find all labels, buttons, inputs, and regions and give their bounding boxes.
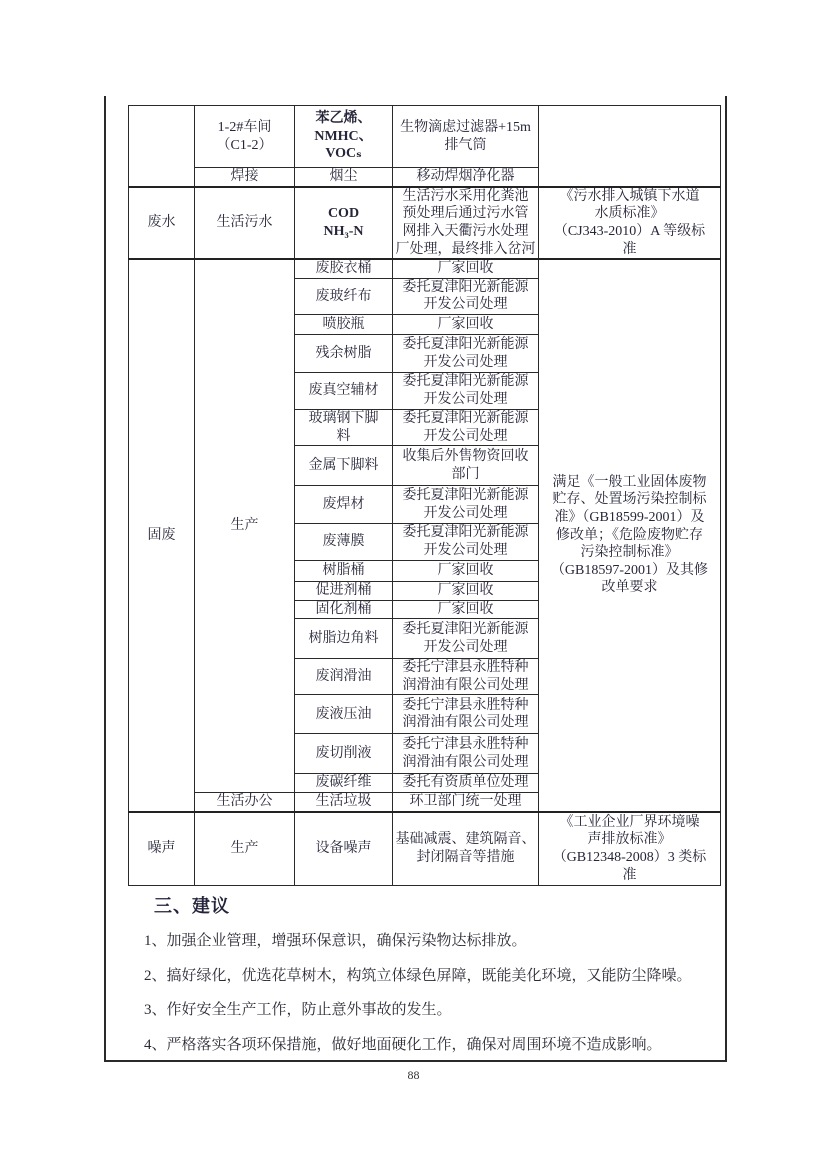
waste-item-cell: 残余树脂 — [295, 335, 393, 373]
source-cell: 生产 — [195, 812, 295, 886]
report-form-border: 1-2#车间 （C1-2） 苯乙烯、 NMHC、 VOCₛ 生物滴虑过滤器+15… — [104, 96, 727, 1062]
table-row: 固废 生产 废胶衣桶 厂家回收 满足《一般工业固体废物 贮存、处置场污染控制标 … — [129, 259, 721, 278]
standard-cell: 《工业企业厂界环境噪 声排放标准》 （GB12348-2008）3 类标 准 — [539, 812, 721, 886]
waste-item-cell: 废润滑油 — [295, 659, 393, 695]
measure-cell: 委托有资质单位处理 — [393, 774, 539, 793]
measure-cell: 生活污水采用化粪池 预处理后通过污水管 网排入天衢污水处理 厂处理，最终排入岔河 — [393, 187, 539, 260]
measure-cell: 厂家回收 — [393, 581, 539, 600]
table-row-noise: 噪声 生产 设备噪声 基础减震、建筑隔音、 封闭隔音等措施 《工业企业厂界环境噪… — [129, 812, 721, 886]
suggestions-section: 三、建议 1、加强企业管理，增强环保意识，确保污染物达标排放。 2、搞好绿化，优… — [144, 892, 728, 1070]
waste-item-cell: 废切削液 — [295, 734, 393, 774]
category-cell: 固废 — [129, 259, 195, 812]
document-page: { "colors": { "border": "#2a2a2a", "text… — [0, 0, 827, 1169]
waste-item-cell: 废碳纤维 — [295, 774, 393, 793]
waste-item-cell: 废真空辅材 — [295, 373, 393, 410]
suggestion-item: 2、搞好绿化，优选花草树木，构筑立体绿色屏障，既能美化环境，又能防尘降噪。 — [144, 967, 728, 987]
waste-item-cell: 固化剂桶 — [295, 600, 393, 619]
waste-item-cell: 促进剂桶 — [295, 581, 393, 600]
table-row: 1-2#车间 （C1-2） 苯乙烯、 NMHC、 VOCₛ 生物滴虑过滤器+15… — [129, 106, 721, 168]
measure-cell: 委托宁津县永胜特种 润滑油有限公司处理 — [393, 695, 539, 734]
source-cell: 生产 — [195, 259, 295, 792]
page-number: 88 — [0, 1068, 827, 1083]
measure-cell: 厂家回收 — [393, 259, 539, 278]
measure-cell: 基础减震、建筑隔音、 封闭隔音等措施 — [393, 812, 539, 886]
standard-cell: 满足《一般工业固体废物 贮存、处置场污染控制标 准》（GB18599-2001）… — [539, 259, 721, 812]
suggestion-item: 3、作好安全生产工作，防止意外事故的发生。 — [144, 1001, 728, 1021]
measure-cell: 生物滴虑过滤器+15m 排气筒 — [393, 106, 539, 168]
measure-cell: 委托宁津县永胜特种 润滑油有限公司处理 — [393, 659, 539, 695]
measure-cell: 厂家回收 — [393, 315, 539, 335]
measure-cell: 委托夏津阳光新能源 开发公司处理 — [393, 410, 539, 446]
category-cell: 废水 — [129, 187, 195, 260]
waste-item-cell: 废焊材 — [295, 486, 393, 524]
pollutant-cell: 苯乙烯、 NMHC、 VOCₛ — [295, 106, 393, 168]
standard-cell-air — [539, 106, 721, 187]
table-row-wastewater: 废水 生活污水 COD NH₃-N 生活污水采用化粪池 预处理后通过污水管 网排… — [129, 187, 721, 260]
measure-cell: 移动焊烟净化器 — [393, 168, 539, 187]
measure-cell: 环卫部门统一处理 — [393, 793, 539, 812]
measure-cell: 收集后外售物资回收 部门 — [393, 446, 539, 486]
waste-item-cell: 生活垃圾 — [295, 793, 393, 812]
measure-cell: 委托夏津阳光新能源 开发公司处理 — [393, 335, 539, 373]
waste-item-cell: 废液压油 — [295, 695, 393, 734]
source-cell: 生活污水 — [195, 187, 295, 260]
waste-item-cell: 金属下脚料 — [295, 446, 393, 486]
suggestion-item: 4、严格落实各项环保措施，做好地面硬化工作，确保对周围环境不造成影响。 — [144, 1036, 728, 1056]
waste-item-cell: 废玻纤布 — [295, 278, 393, 314]
pollutant-cell: 设备噪声 — [295, 812, 393, 886]
suggestion-item: 1、加强企业管理，增强环保意识，确保污染物达标排放。 — [144, 932, 728, 952]
measure-cell: 厂家回收 — [393, 600, 539, 619]
category-cell-air — [129, 106, 195, 187]
measure-cell: 委托夏津阳光新能源 开发公司处理 — [393, 619, 539, 659]
standard-cell: 《污水排入城镇下水道 水质标准》 （CJ343-2010）A 等级标 准 — [539, 187, 721, 260]
measure-cell: 委托夏津阳光新能源 开发公司处理 — [393, 486, 539, 524]
suggestions-heading: 三、建议 — [154, 892, 728, 918]
waste-item-cell: 树脂边角料 — [295, 619, 393, 659]
measure-cell: 委托夏津阳光新能源 开发公司处理 — [393, 373, 539, 410]
waste-item-cell: 喷胶瓶 — [295, 315, 393, 335]
category-cell: 噪声 — [129, 812, 195, 886]
waste-item-cell: 树脂桶 — [295, 560, 393, 581]
pollution-measures-table: 1-2#车间 （C1-2） 苯乙烯、 NMHC、 VOCₛ 生物滴虑过滤器+15… — [128, 105, 721, 886]
pollutant-cell: COD NH₃-N — [295, 187, 393, 260]
measure-cell: 委托夏津阳光新能源 开发公司处理 — [393, 524, 539, 560]
waste-item-cell: 废胶衣桶 — [295, 259, 393, 278]
source-cell: 焊接 — [195, 168, 295, 187]
measure-cell: 委托宁津县永胜特种 润滑油有限公司处理 — [393, 734, 539, 774]
pollutant-cell: 烟尘 — [295, 168, 393, 187]
source-cell: 1-2#车间 （C1-2） — [195, 106, 295, 168]
waste-item-cell: 玻璃钢下脚 料 — [295, 410, 393, 446]
source-cell: 生活办公 — [195, 793, 295, 812]
measure-cell: 厂家回收 — [393, 560, 539, 581]
measure-cell: 委托夏津阳光新能源 开发公司处理 — [393, 278, 539, 314]
waste-item-cell: 废薄膜 — [295, 524, 393, 560]
